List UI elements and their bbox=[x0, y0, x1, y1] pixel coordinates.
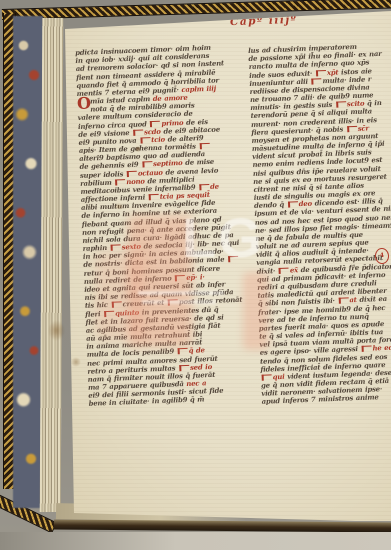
text-run: tis hic bbox=[85, 301, 111, 310]
paraph-mark-icon bbox=[179, 365, 189, 371]
rubric-run: qui bbox=[273, 373, 285, 381]
paraph-mark-icon bbox=[228, 256, 238, 262]
paraph-mark-icon bbox=[316, 70, 326, 76]
paraph-mark-icon bbox=[338, 298, 348, 304]
chapter-header-rubric: Capº iiijº bbox=[230, 14, 298, 28]
background-surface bbox=[0, 532, 391, 550]
paraph-mark-icon bbox=[175, 275, 185, 281]
paraph-mark-icon bbox=[311, 78, 321, 84]
paraph-mark-icon bbox=[111, 302, 121, 308]
paraph-mark-icon bbox=[279, 267, 289, 273]
text-column-right: lus ad chusirim imperatoremde passione x… bbox=[248, 41, 391, 406]
paraph-mark-icon bbox=[288, 201, 298, 207]
paraph-mark-icon bbox=[115, 179, 125, 185]
parchment-page: Capº iiijº pdicta insinuacoem timor· oim… bbox=[56, 3, 391, 521]
paraph-mark-icon bbox=[178, 348, 188, 354]
paraph-mark-icon bbox=[140, 137, 150, 143]
marbled-page-edges bbox=[13, 16, 43, 508]
board-edge-shadow bbox=[54, 520, 391, 533]
paraph-mark-icon bbox=[336, 101, 346, 107]
paraph-mark-icon bbox=[133, 129, 143, 135]
paraph-mark-icon bbox=[111, 245, 121, 251]
rubric-run: caplm iiij bbox=[181, 84, 216, 93]
paraph-mark-icon bbox=[262, 374, 272, 380]
paraph-mark-icon bbox=[347, 126, 357, 132]
paraph-mark-icon bbox=[142, 162, 152, 168]
manuscript-photo: { "document": { "type": "medieval manusc… bbox=[0, 0, 391, 550]
paraph-mark-icon bbox=[150, 120, 160, 126]
paraph-mark-icon bbox=[199, 143, 209, 149]
rubric-run: xp̄t bbox=[327, 68, 339, 76]
decorated-initial: O bbox=[77, 100, 89, 108]
rubric-run: de bbox=[210, 183, 219, 191]
paraph-mark-icon bbox=[199, 184, 209, 190]
page-edge-stack bbox=[40, 18, 64, 512]
paraph-mark-icon bbox=[361, 346, 371, 352]
paraph-mark-icon bbox=[104, 310, 114, 316]
text-column-left: pdicta insinuacoem timor· oim hoimin quo… bbox=[75, 43, 243, 408]
paraph-mark-icon bbox=[127, 170, 137, 176]
rubric-run: sc̄r bbox=[358, 124, 369, 132]
text-run: q̄ in bbox=[364, 99, 382, 108]
rubric-run: he eod bbox=[372, 344, 391, 353]
paraph-mark-icon bbox=[149, 194, 159, 200]
paraph-mark-icon bbox=[168, 300, 178, 306]
